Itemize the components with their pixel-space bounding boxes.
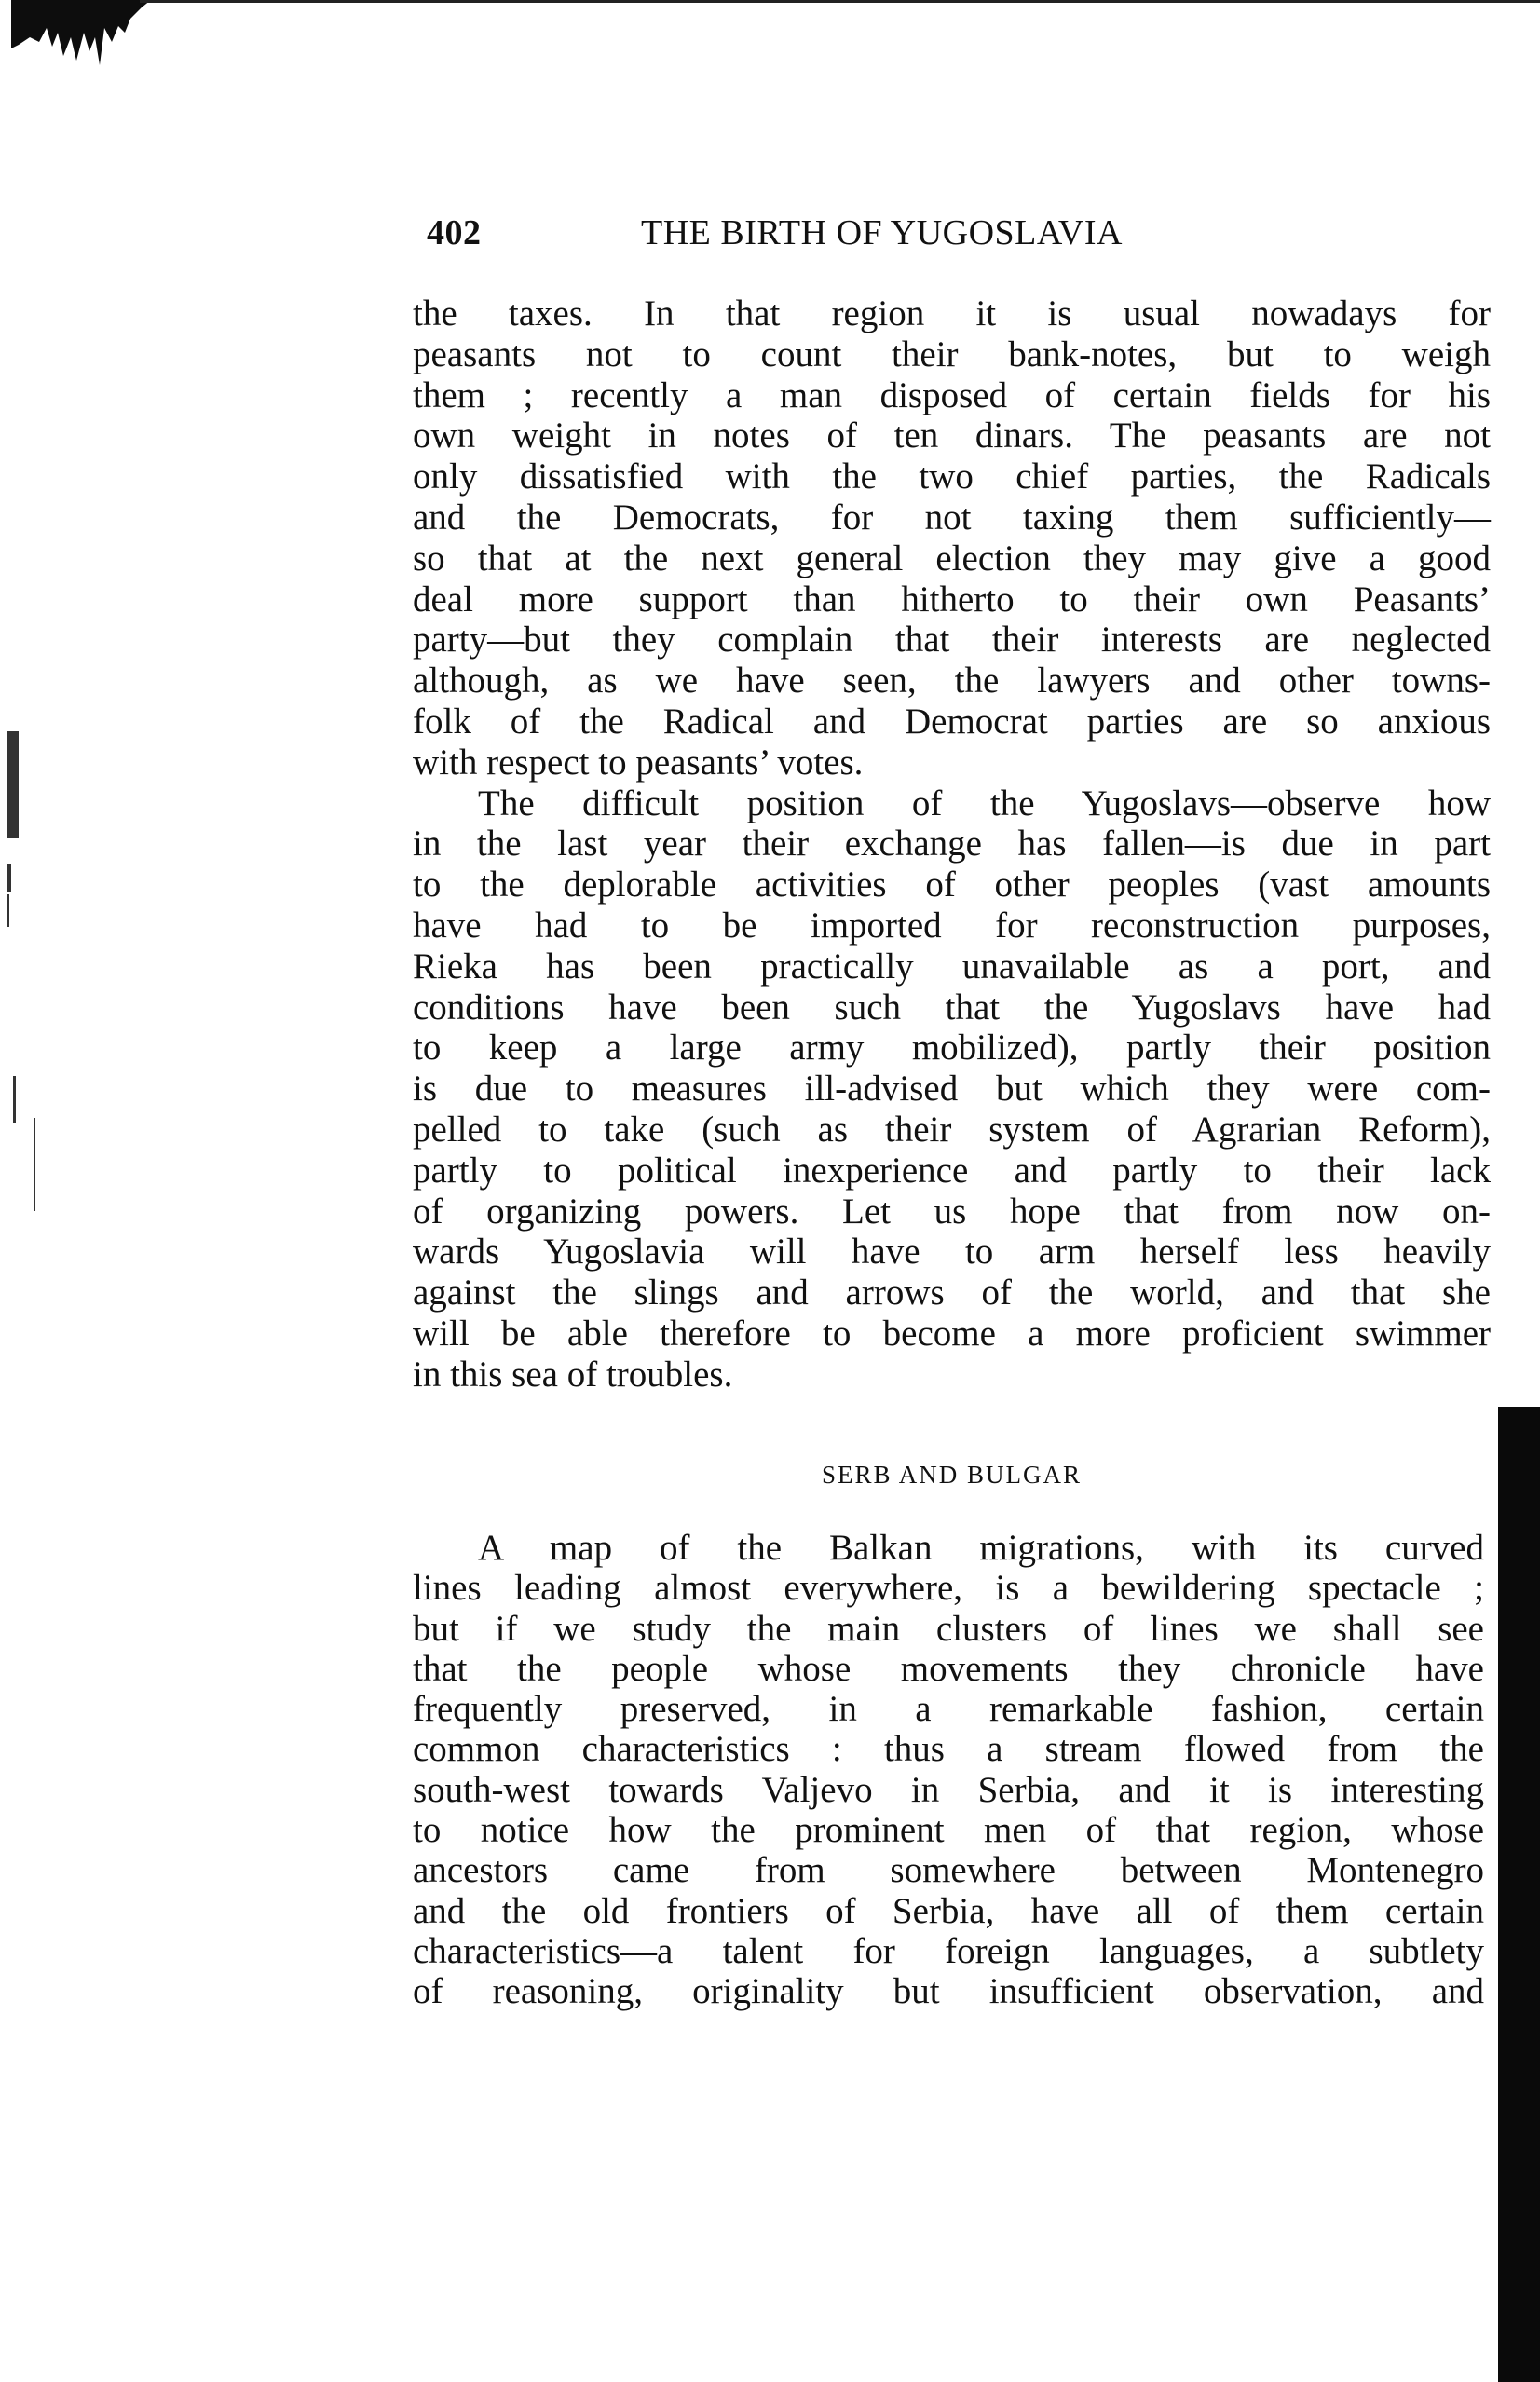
text-line: with respect to peasants’ votes.: [413, 742, 1491, 783]
text-line: although, as we have seen, the lawyers a…: [413, 660, 1491, 701]
paragraph-start: The difficult position of the Yugoslavs—…: [413, 783, 1491, 824]
text-line: characteristics—a talent for foreign lan…: [413, 1931, 1484, 1971]
running-head: 402 THE BIRTH OF YUGOSLAVIA: [427, 212, 1489, 259]
text-line: only dissatisfied with the two chief par…: [413, 456, 1491, 497]
scan-artifact-margin-mark: [13, 1076, 16, 1123]
text-line: deal more support than hitherto to their…: [413, 579, 1491, 620]
body-text-section-2: A map of the Balkan migrations, with its…: [413, 1528, 1484, 2012]
text-line: of organizing powers. Let us hope that f…: [413, 1191, 1491, 1232]
page-number: 402: [427, 212, 482, 253]
text-line: partly to political inexperience and par…: [413, 1150, 1491, 1191]
text-line: peasants not to count their bank-notes, …: [413, 334, 1491, 375]
text-line: the taxes. In that region it is usual no…: [413, 293, 1491, 334]
scan-artifact-margin-mark: [7, 864, 11, 892]
text-line: that the people whose movements they chr…: [413, 1649, 1484, 1689]
text-line: against the slings and arrows of the wor…: [413, 1273, 1491, 1314]
scan-artifact-margin-mark: [34, 1118, 35, 1211]
text-line: folk of the Radical and Democrat parties…: [413, 701, 1491, 742]
text-line: to notice how the prominent men of that …: [413, 1810, 1484, 1850]
text-line: ancestors came from somewhere between Mo…: [413, 1850, 1484, 1890]
text-line: lines leading almost everywhere, is a be…: [413, 1568, 1484, 1608]
text-line: wards Yugoslavia will have to arm hersel…: [413, 1232, 1491, 1273]
text-line: so that at the next general election the…: [413, 538, 1491, 579]
running-title: THE BIRTH OF YUGOSLAVIA: [641, 212, 1123, 253]
scan-artifact-top-rule: [140, 0, 1540, 3]
text-line: south-west towards Valjevo in Serbia, an…: [413, 1770, 1484, 1810]
scan-artifact-margin-mark: [7, 731, 19, 838]
text-line: frequently preserved, in a remarkable fa…: [413, 1689, 1484, 1729]
text-line: party—but they complain that their inter…: [413, 619, 1491, 660]
text-line: is due to measures ill-advised but which…: [413, 1068, 1491, 1109]
scan-artifact-right-edge: [1498, 1407, 1540, 2382]
body-text-section-1: the taxes. In that region it is usual no…: [413, 293, 1491, 1395]
text-line: own weight in notes of ten dinars. The p…: [413, 415, 1491, 456]
text-line: but if we study the main clusters of lin…: [413, 1609, 1484, 1649]
text-line: common characteristics : thus a stream f…: [413, 1729, 1484, 1769]
text-line: in this sea of troubles.: [413, 1354, 1491, 1395]
text-line: pelled to take (such as their system of …: [413, 1109, 1491, 1150]
scan-artifact-corner: [11, 0, 151, 84]
scan-artifact-margin-mark: [7, 894, 9, 927]
text-line: them ; recently a man disposed of certai…: [413, 375, 1491, 416]
text-line: and the old frontiers of Serbia, have al…: [413, 1891, 1484, 1931]
text-line: and the Democrats, for not taxing them s…: [413, 497, 1491, 538]
text-line: have had to be imported for reconstructi…: [413, 905, 1491, 946]
text-line: of reasoning, originality but insufficie…: [413, 1971, 1484, 2011]
paragraph-start: A map of the Balkan migrations, with its…: [413, 1528, 1484, 1568]
section-heading: SERB AND BULGAR: [413, 1461, 1491, 1490]
text-line: to the deplorable activities of other pe…: [413, 864, 1491, 905]
text-line: to keep a large army mobilized), partly …: [413, 1028, 1491, 1068]
text-line: in the last year their exchange has fall…: [413, 823, 1491, 864]
text-line: conditions have been such that the Yugos…: [413, 987, 1491, 1028]
text-line: will be able therefore to become a more …: [413, 1314, 1491, 1354]
text-line: Rieka has been practically unavailable a…: [413, 946, 1491, 987]
